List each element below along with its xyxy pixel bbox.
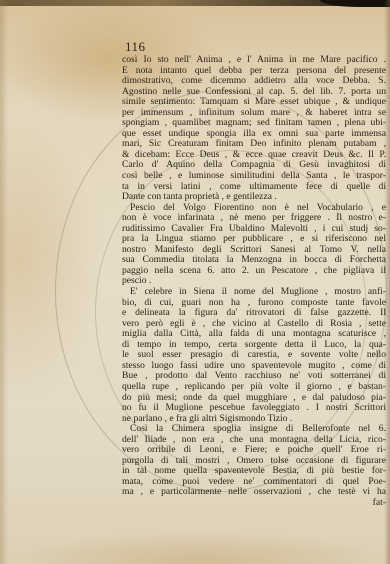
text-line: di tempo in tempo, certa sorgente detta … xyxy=(122,340,386,351)
text-line: Pescio del Volgo Fiorentino non è nel Vo… xyxy=(122,203,386,214)
text-line: ma , e particolarmente nelle osservazion… xyxy=(122,487,386,498)
text-line: & dicebam: Ecce Deus , & ecce quae creav… xyxy=(122,150,386,161)
text-line: non è voce infarinata , nè meno per frig… xyxy=(122,213,386,224)
text-line: vero orribile di Leoni, e Fiere; e poich… xyxy=(122,445,386,456)
text-line: Dante con tanta proprietà , e gentilezza… xyxy=(122,192,386,203)
text-line: Bue , prodotto dal Vento racchiuso ne' v… xyxy=(122,371,386,382)
text-line: vero però egli è , che vicino al Castell… xyxy=(122,319,386,330)
text-line: paggio nella scena 6. atto 2. un Pescato… xyxy=(122,266,386,277)
text-line: in tal nome quella spaventevole Bestia, … xyxy=(122,466,386,477)
text-line: le suol esser presagio di carestia, e so… xyxy=(122,350,386,361)
page-left-edge xyxy=(0,0,8,564)
text-line: per immensum , infinitum solum mare , & … xyxy=(122,108,386,119)
text-line: dimostrativo, come dicemmo addietro alla… xyxy=(122,76,386,87)
text-line: dell' Iliade , non era , che una montagn… xyxy=(122,435,386,446)
text-line: ta in versi latini , come ultimamente fe… xyxy=(122,182,386,193)
text-line: così belle , e luminose similitudini del… xyxy=(122,171,386,182)
text-line: quella rupe , replicando per più volte i… xyxy=(122,382,386,393)
aged-paper-page: 116 così Io sto nell' Anima , e l' Anima… xyxy=(0,0,390,564)
text-column: 116 così Io sto nell' Anima , e l' Anima… xyxy=(122,40,386,509)
text-line: que esset undique spongia illa ex omni s… xyxy=(122,129,386,140)
text-line: Carlo d' Aquino della Compagnia di Gesù … xyxy=(122,160,386,171)
text-line: sua Commedia titolata la Menzogna in boc… xyxy=(122,255,386,266)
text-line: no fu il Muglione pescebue favoleggiato … xyxy=(122,403,386,414)
text-line: stesso luogo fassi udire uno spaventevol… xyxy=(122,361,386,372)
text-line: fat- xyxy=(122,498,386,509)
text-line: e delineata la figura da' ritrovatori di… xyxy=(122,308,386,319)
text-line: così Io sto nell' Anima , e l' Anima in … xyxy=(122,55,386,66)
text-line: E' celebre in Siena il nome del Muglione… xyxy=(122,287,386,298)
body-text: così Io sto nell' Anima , e l' Anima in … xyxy=(122,55,386,509)
text-line: ruditissimo Cavalier Fra Ubaldino Malevo… xyxy=(122,224,386,235)
text-line: mari, Sic Creaturam finitam Deo infinito… xyxy=(122,139,386,150)
text-line: mata, come puoi vedere ne' commentatori … xyxy=(122,477,386,488)
text-line: purgolla di tali mostri , Omero tolse oc… xyxy=(122,456,386,467)
text-line: miglia dalla Città, alla falda di una mo… xyxy=(122,329,386,340)
page-number: 116 xyxy=(125,40,386,54)
text-line: pra la Lingua stiamo per pubblicare , e … xyxy=(122,234,386,245)
text-line: pescio . xyxy=(122,276,386,287)
text-line: simile sentimento: Tamquam si Mare esset… xyxy=(122,97,386,108)
text-line: do più mesi; onde da quel mugghiare , e … xyxy=(122,393,386,404)
text-line: Agostino nelle sue Confessioni al cap. 5… xyxy=(122,87,386,98)
text-line: bio, di cui, guari non ha , furono compo… xyxy=(122,298,386,309)
text-line: nostro Manifesto degli Scrittori Sanesi … xyxy=(122,245,386,256)
text-line: ne parlano , e fra gli altri Sigismondo … xyxy=(122,414,386,425)
text-line: Così la Chimera spoglia insigne di Belle… xyxy=(122,424,386,435)
text-line: spongiam , quamlibet magnam; sed finitam… xyxy=(122,118,386,129)
text-line: E nota intanto quel debba per terza pers… xyxy=(122,66,386,77)
